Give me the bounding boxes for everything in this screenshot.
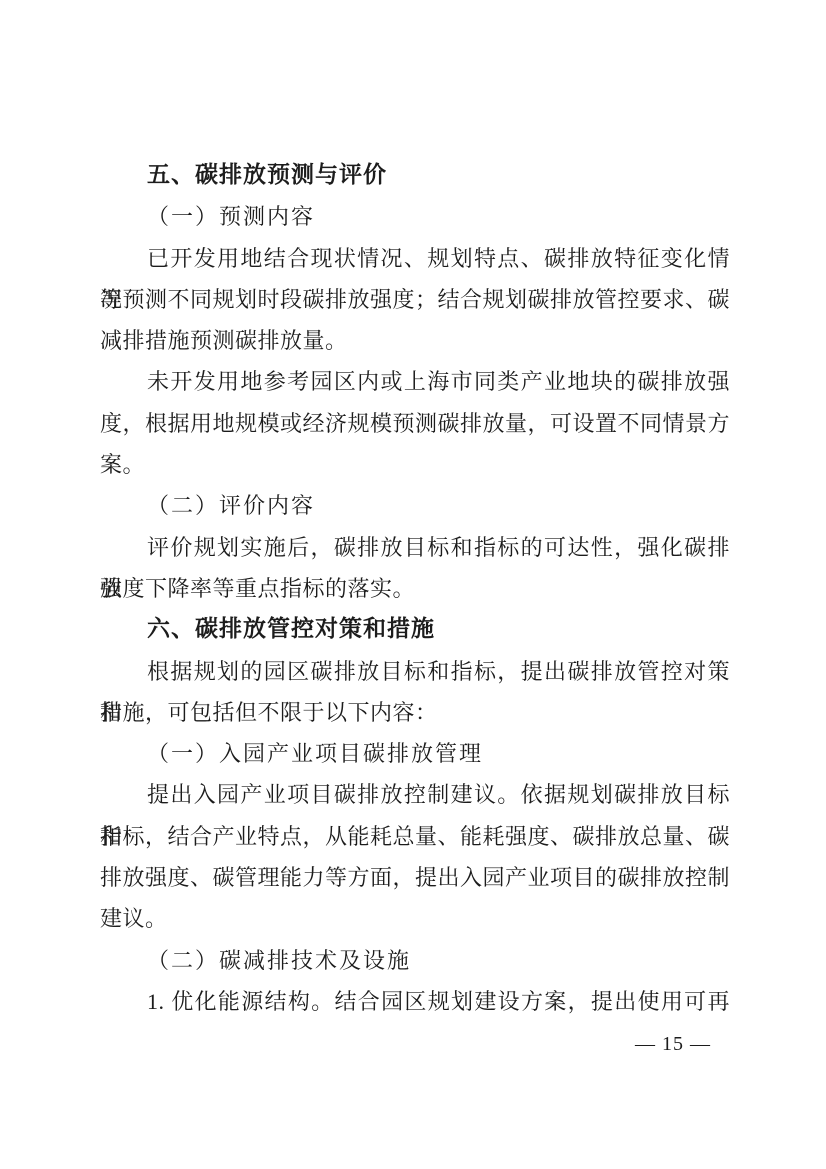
body-line: 措施，可包括但不限于以下内容： <box>100 692 730 733</box>
sub-heading: （一）预测内容 <box>100 196 730 237</box>
body-line: 根据规划的园区碳排放目标和指标，提出碳排放管控对策和 <box>100 651 730 692</box>
body-line: 建议。 <box>100 898 730 939</box>
section-heading-6: 六、碳排放管控对策和措施 <box>100 609 730 650</box>
section-heading-5: 五、碳排放预测与评价 <box>100 155 730 196</box>
body-line: 1. 优化能源结构。结合园区规划建设方案，提出使用可再 <box>100 981 730 1022</box>
body-line: 提出入园产业项目碳排放控制建议。依据规划碳排放目标和 <box>100 774 730 815</box>
body-line: 已开发用地结合现状情况、规划特点、碳排放特征变化情况 <box>100 238 730 279</box>
sub-heading: （二）评价内容 <box>100 485 730 526</box>
body-line: 案。 <box>100 444 730 485</box>
body-line: 指标，结合产业特点，从能耗总量、能耗强度、碳排放总量、碳 <box>100 816 730 857</box>
document-text-block: 五、碳排放预测与评价 （一）预测内容 已开发用地结合现状情况、规划特点、碳排放特… <box>100 155 730 1022</box>
body-line: 减排措施预测碳排放量。 <box>100 320 730 361</box>
page-number: — 15 — <box>628 1032 718 1056</box>
body-line: 排放强度、碳管理能力等方面，提出入园产业项目的碳排放控制 <box>100 857 730 898</box>
body-line: 未开发用地参考园区内或上海市同类产业地块的碳排放强 <box>100 361 730 402</box>
body-line: 等预测不同规划时段碳排放强度；结合规划碳排放管控要求、碳 <box>100 279 730 320</box>
document-page: 五、碳排放预测与评价 （一）预测内容 已开发用地结合现状情况、规划特点、碳排放特… <box>0 0 826 1169</box>
body-line: 评价规划实施后，碳排放目标和指标的可达性，强化碳排放 <box>100 527 730 568</box>
sub-heading: （二）碳减排技术及设施 <box>100 940 730 981</box>
sub-heading: （一）入园产业项目碳排放管理 <box>100 733 730 774</box>
body-line: 强度下降率等重点指标的落实。 <box>100 568 730 609</box>
body-line: 度，根据用地规模或经济规模预测碳排放量，可设置不同情景方 <box>100 403 730 444</box>
